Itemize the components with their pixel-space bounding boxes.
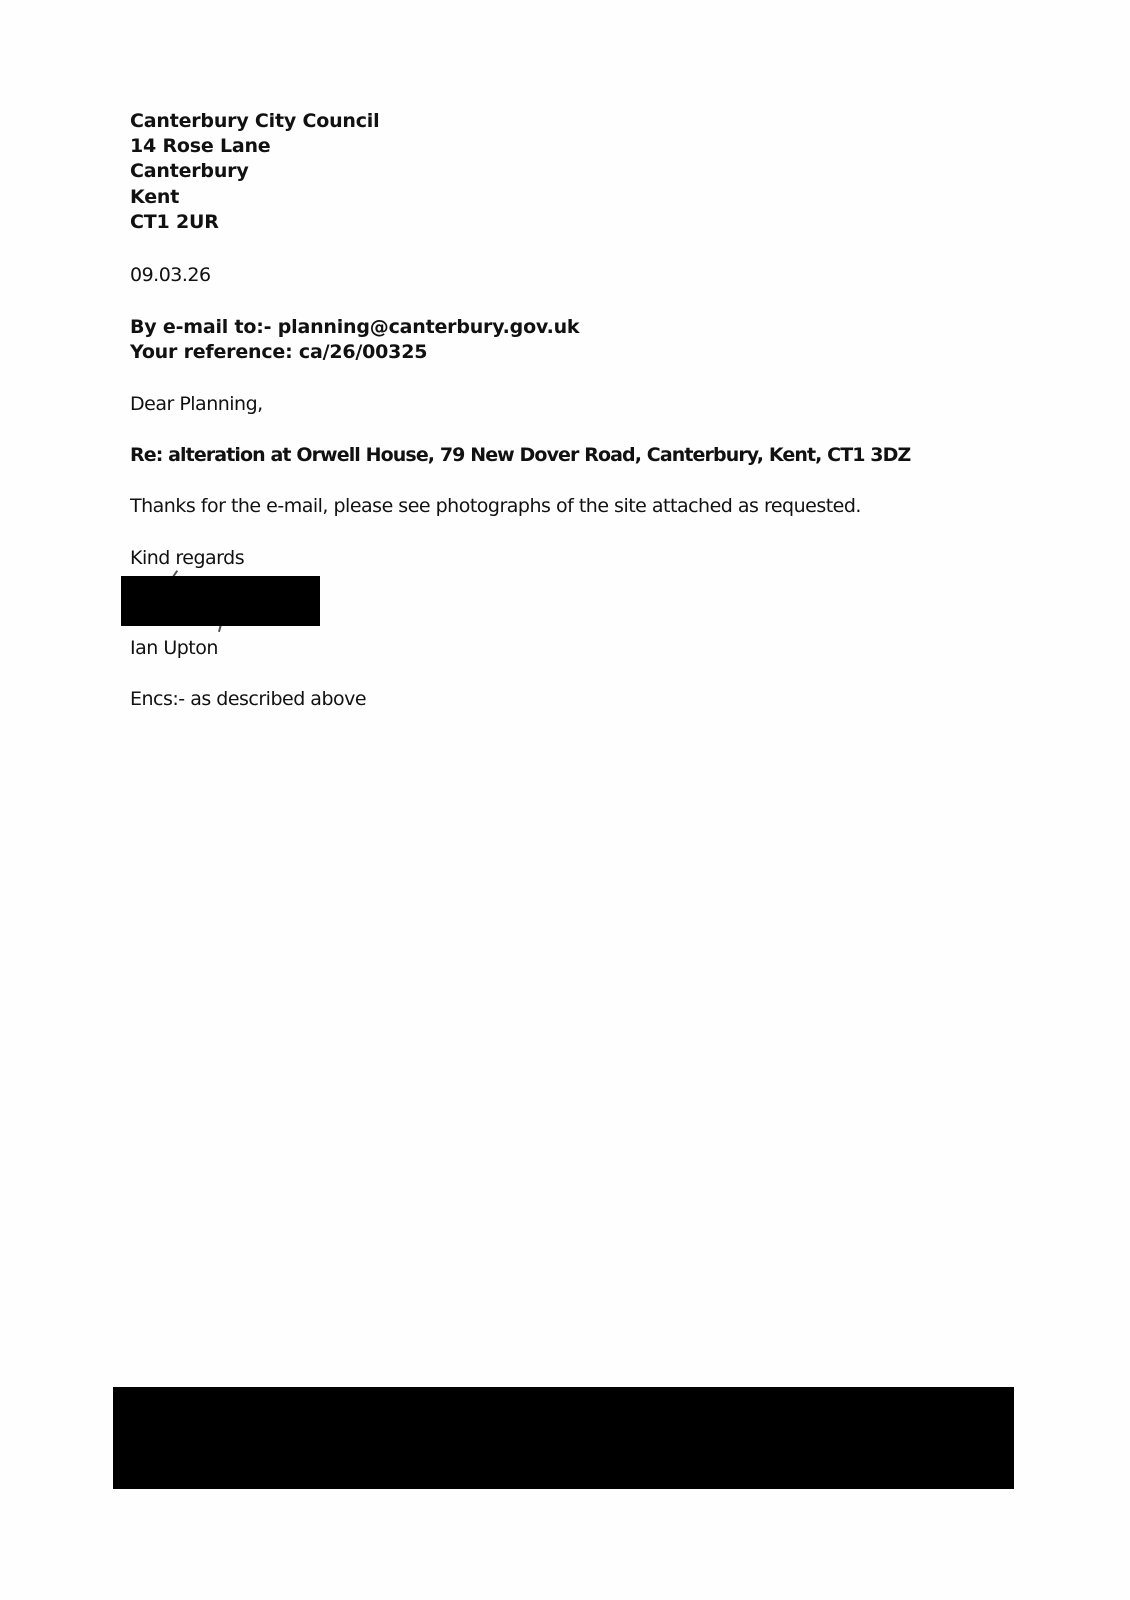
footer-redaction xyxy=(113,1387,1014,1489)
letter-page: Canterbury City Council 14 Rose Lane Can… xyxy=(0,0,1130,1600)
salutation: Dear Planning, xyxy=(130,392,263,417)
reference-line: Your reference: ca/26/00325 xyxy=(130,340,427,365)
enclosures-note: Encs:- as described above xyxy=(130,687,366,712)
email-line: By e-mail to:- planning@canterbury.gov.u… xyxy=(130,315,579,340)
closing: Kind regards xyxy=(130,546,244,571)
recipient-name: Canterbury City Council xyxy=(130,109,379,134)
recipient-street: 14 Rose Lane xyxy=(130,134,271,159)
recipient-county: Kent xyxy=(130,185,179,210)
subject-line: Re: alteration at Orwell House, 79 New D… xyxy=(130,443,910,468)
recipient-postcode: CT1 2UR xyxy=(130,210,219,235)
body-text: Thanks for the e-mail, please see photog… xyxy=(130,494,861,519)
signatory-name: Ian Upton xyxy=(130,636,218,661)
signature-redaction xyxy=(121,576,320,626)
letter-date: 09.03.26 xyxy=(130,263,211,288)
recipient-town: Canterbury xyxy=(130,159,249,184)
